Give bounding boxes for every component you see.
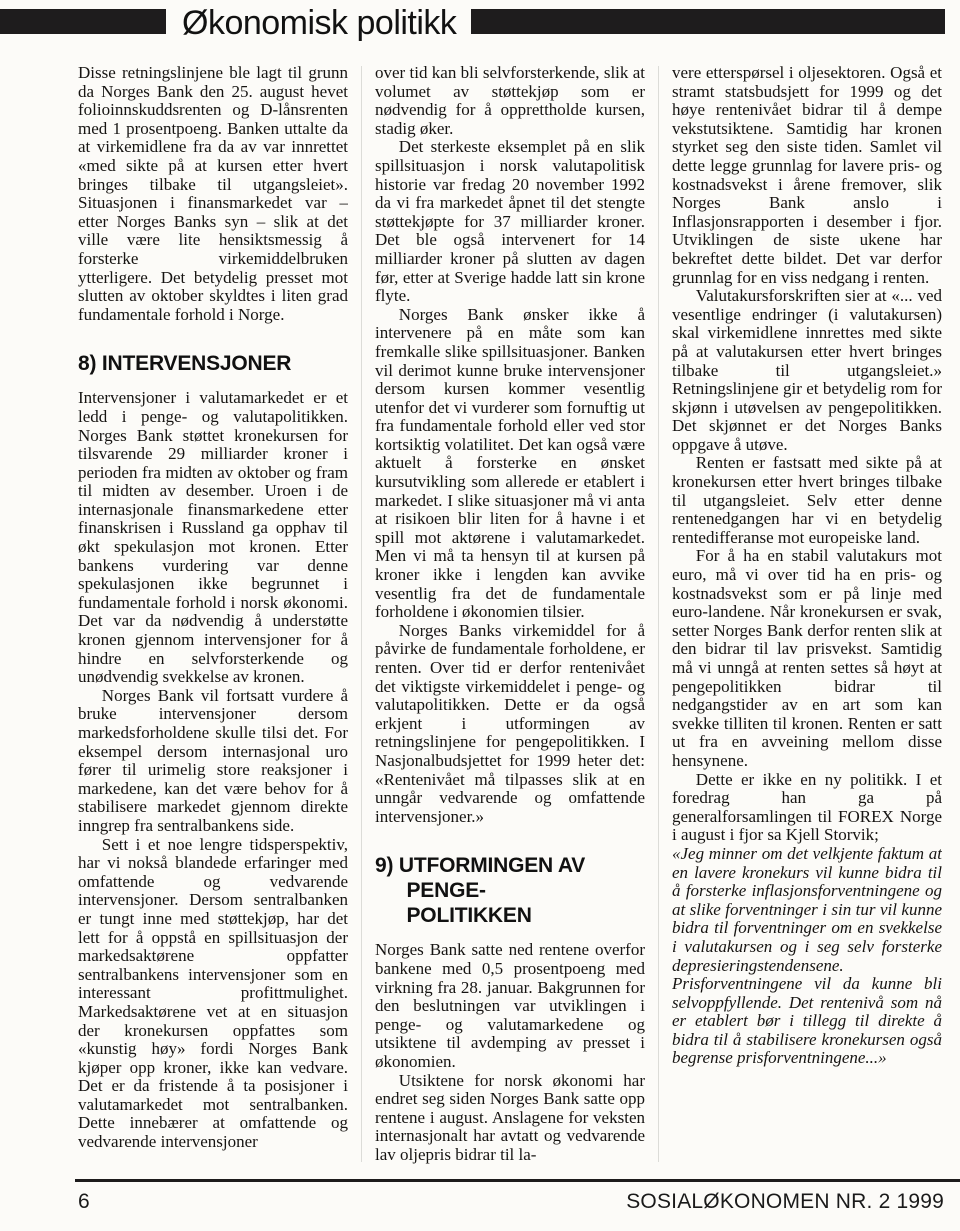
paragraph: Sett i et noe lengre tidsperspektiv, har… bbox=[78, 836, 348, 1152]
paragraph: Norges Banks virkemiddel for å påvirke d… bbox=[375, 622, 645, 827]
paragraph: Renten er fastsatt med sikte på at krone… bbox=[672, 454, 942, 547]
column-1: Disse retningslinjene ble lagt til grunn… bbox=[78, 64, 348, 1172]
masthead-bar-left bbox=[0, 9, 166, 34]
column-divider bbox=[658, 66, 659, 1162]
page-number: 6 bbox=[75, 1190, 90, 1214]
paragraph: Intervensjoner i valutamarkedet er et le… bbox=[78, 389, 348, 687]
section-title: Økonomisk politikk bbox=[182, 6, 456, 40]
masthead-bar-right bbox=[471, 9, 945, 34]
paragraph: Norges Bank vil fortsatt vurdere å bruke… bbox=[78, 687, 348, 836]
column-divider bbox=[361, 66, 362, 1162]
paragraph: vere etterspørsel i oljesektoren. Også e… bbox=[672, 64, 942, 287]
paragraph: Disse retningslinjene ble lagt til grunn… bbox=[78, 64, 348, 324]
journal-reference: SOSIALØKONOMEN NR. 2 1999 bbox=[626, 1190, 960, 1214]
paragraph: Norges Bank satte ned rentene overfor ba… bbox=[375, 941, 645, 1071]
paragraph: Det sterkeste eksemplet på en slik spill… bbox=[375, 138, 645, 305]
article-body: Disse retningslinjene ble lagt til grunn… bbox=[78, 64, 942, 1172]
paragraph: Norges Bank ønsker ikke å intervenere på… bbox=[375, 306, 645, 622]
paragraph: over tid kan bli selvforsterkende, slik … bbox=[375, 64, 645, 138]
column-3: vere etterspørsel i oljesektoren. Også e… bbox=[672, 64, 942, 1172]
section-heading-9: 9) UTFORMINGEN AV PENGE- POLITIKKEN bbox=[375, 853, 645, 928]
column-2: over tid kan bli selvforsterkende, slik … bbox=[375, 64, 645, 1172]
paragraph: Dette er ikke en ny politikk. I et fored… bbox=[672, 771, 942, 845]
page-footer: 6 SOSIALØKONOMEN NR. 2 1999 bbox=[75, 1179, 960, 1214]
paragraph: Utsiktene for norsk økonomi har endret s… bbox=[375, 1072, 645, 1165]
paragraph: For å ha en stabil valutakurs mot euro, … bbox=[672, 547, 942, 770]
section-masthead: Økonomisk politikk bbox=[0, 6, 960, 46]
section-heading-8: 8) INTERVENSJONER bbox=[78, 351, 348, 376]
quote-block: «Jeg minner om det velkjente faktum at e… bbox=[672, 845, 942, 1068]
journal-page: Økonomisk politikk Disse retningslinjene… bbox=[0, 0, 960, 1231]
paragraph: Valutakursforskriften sier at «... ved v… bbox=[672, 287, 942, 454]
